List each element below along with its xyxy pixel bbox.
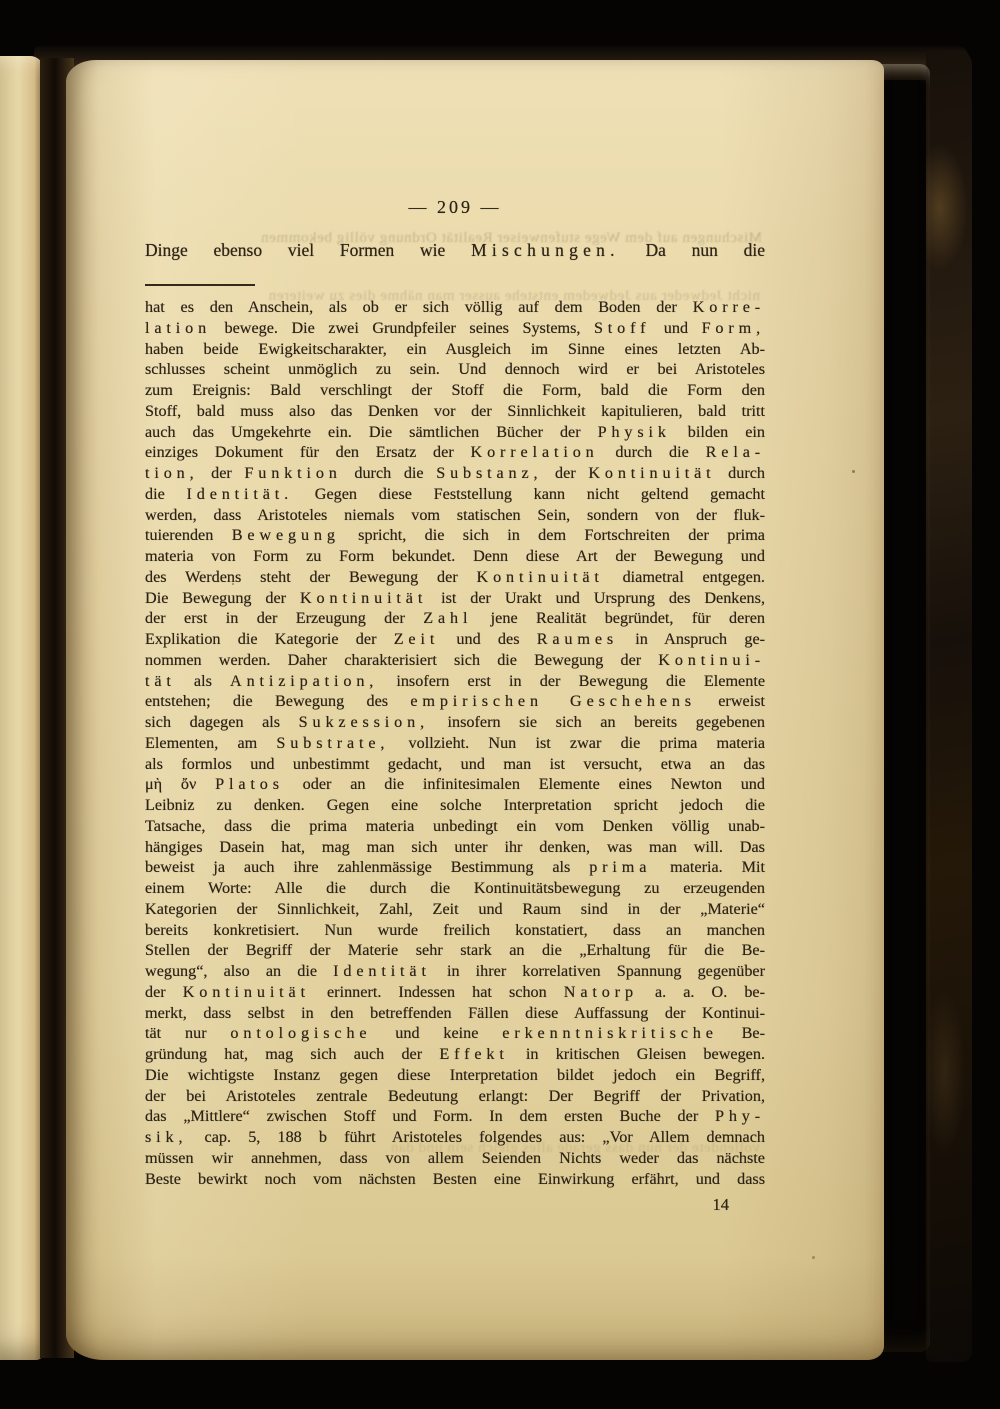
text-segment: Substrate, xyxy=(276,734,389,752)
footnote-line: bereits konkretisiert. Nun wurde freilic… xyxy=(145,920,765,941)
text-segment: Beste bewirkt noch vom nächsten Besten e… xyxy=(145,1170,765,1188)
footnote-line: materia von Form zu Form bekundet. Denn … xyxy=(145,546,765,567)
text-segment: tion, xyxy=(145,464,199,482)
text-segment: Form, xyxy=(702,319,765,337)
footnote-line: das „Mittlere“ zwischen Stoff und Form. … xyxy=(145,1106,765,1127)
text-segment: sik, xyxy=(145,1128,187,1146)
text-segment: der xyxy=(542,464,588,482)
footnote-line: wegung“, also an die Identität in ihrer … xyxy=(145,961,765,982)
text-segment: Kontinuität xyxy=(588,464,715,482)
text-segment: beweist ja auch ihre zahlenmässige Besti… xyxy=(145,858,589,876)
text-segment: μὴ ὄν xyxy=(145,775,215,793)
footnote-line: Kategorien der Sinnlichkeit, Zahl, Zeit … xyxy=(145,899,765,920)
text-segment: und xyxy=(650,319,701,337)
text-segment: werden, dass Aristoteles niemals vom sta… xyxy=(145,506,765,524)
text-segment: einziges Dokument für den Ersatz der xyxy=(145,443,471,461)
text-segment: Kontinuität xyxy=(300,589,427,607)
text-segment: hängiges Dasein hat, mag man sich unter … xyxy=(145,838,765,856)
text-segment: tät xyxy=(145,672,176,690)
footnote-line: Die Bewegung der Kontinuität ist der Ura… xyxy=(145,588,765,609)
text-segment: der erst in der Erzeugung der xyxy=(145,609,423,627)
text-segment: vollzieht. Nun ist zwar die prima materi… xyxy=(389,734,765,752)
text-segment: Raumes xyxy=(537,630,618,648)
footnote-line: die Identität. Gegen diese Feststellung … xyxy=(145,484,765,505)
text-segment: müssen wir annehmen, dass von allem Seie… xyxy=(145,1149,765,1167)
text-segment: die xyxy=(145,485,186,503)
footnote-line: Beste bewirkt noch vom nächsten Besten e… xyxy=(145,1169,765,1190)
text-segment: Be- xyxy=(718,1024,765,1042)
text-segment: spricht, die sich in dem Fortschreiten d… xyxy=(340,526,765,544)
footnote-rule xyxy=(145,284,255,286)
footnote-line: müssen wir annehmen, dass von allem Seie… xyxy=(145,1148,765,1169)
footnote-line: nommen werden. Daher charakterisiert sic… xyxy=(145,650,765,671)
footnote-line: des Werdens steht der Bewegung der Konti… xyxy=(145,567,765,588)
footnote-line: der Kontinuität erinnert. Indessen hat s… xyxy=(145,982,765,1003)
text-segment: Leibniz zu denken. Gegen eine solche Int… xyxy=(145,796,765,814)
footnote-line: als formlos und unbestimmt gedacht, und … xyxy=(145,754,765,775)
footnote-line: einem Worte: Alle die durch die Kontinui… xyxy=(145,878,765,899)
text-segment: cap. 5, 188 b führt Aristoteles folgende… xyxy=(187,1128,765,1146)
text-segment: materia. Mit xyxy=(651,858,765,876)
text-segment: Identität. xyxy=(186,485,293,503)
text-segment: Zeit xyxy=(394,630,440,648)
text-segment: insofern erst in der Bewegung die Elemen… xyxy=(378,672,765,690)
text-segment: Stoff xyxy=(594,319,650,337)
footnote-line: einziges Dokument für den Ersatz der Kor… xyxy=(145,442,765,463)
text-segment: Physik xyxy=(598,423,671,441)
text-segment: erkenntniskritische xyxy=(502,1024,718,1042)
footnote-line: entstehen; die Bewegung des empirischen … xyxy=(145,691,765,712)
footnote-line: Die wichtigste Instanz gegen diese Inter… xyxy=(145,1065,765,1086)
text-segment: sich dagegen als xyxy=(145,713,299,731)
footnote-line: hat es den Anschein, als ob er sich völl… xyxy=(145,297,765,318)
text-segment: der xyxy=(145,983,183,1001)
text-segment: als formlos und unbestimmt gedacht, und … xyxy=(145,755,765,773)
main-text-line: Dinge ebenso viel Formen wie Mischungen.… xyxy=(145,240,765,266)
text-segment: in Anspruch ge- xyxy=(618,630,765,648)
footnote-line: tion, der Funktion durch die Substanz, d… xyxy=(145,463,765,484)
text-segment: a. a. O. be- xyxy=(638,983,765,1001)
footnote-line: sik, cap. 5, 188 b führt Aristoteles fol… xyxy=(145,1127,765,1148)
text-segment: Bewegung xyxy=(232,526,340,544)
footnote-line: der erst in der Erzeugung der Zahl jene … xyxy=(145,608,765,629)
text-segment: nommen werden. Daher charakterisiert sic… xyxy=(145,651,658,669)
footnote-line: tät als Antizipation, insofern erst in d… xyxy=(145,671,765,692)
footnote-line: Stoff, bald muss also das Denken vor der… xyxy=(145,401,765,422)
text-segment: merkt, dass selbst in den betreffenden F… xyxy=(145,1004,765,1022)
page-text-layer: Mischungen auf dem Wege stufenweiser Rea… xyxy=(0,0,1000,1409)
text-segment: Rela- xyxy=(706,443,765,461)
book-photo: Mischungen auf dem Wege stufenweiser Rea… xyxy=(0,0,1000,1409)
text-segment: Kontinuität xyxy=(183,983,310,1001)
text-segment: durch die xyxy=(342,464,436,482)
footnote-line: tuierenden Bewegung spricht, die sich in… xyxy=(145,525,765,546)
text-segment: des Werdens steht der Bewegung der xyxy=(145,568,477,586)
text-segment: bewege. Die zwei Grundpfeiler seines Sys… xyxy=(211,319,594,337)
text-segment: Da nun die xyxy=(620,240,765,260)
footnote-line: hängiges Dasein hat, mag man sich unter … xyxy=(145,837,765,858)
footnote-line: werden, dass Aristoteles niemals vom sta… xyxy=(145,505,765,526)
text-segment: Funktion xyxy=(244,464,341,482)
text-segment: bereits konkretisiert. Nun wurde freilic… xyxy=(145,921,765,939)
text-segment: tuierenden xyxy=(145,526,232,544)
text-segment: Identität xyxy=(333,962,431,980)
text-segment: Antizipation, xyxy=(230,672,378,690)
text-segment: hat es den Anschein, als ob er sich völl… xyxy=(145,298,693,316)
text-segment: empirischen Geschehens xyxy=(410,692,696,710)
text-segment: Die wichtigste Instanz gegen diese Inter… xyxy=(145,1066,765,1084)
text-segment: zum Ereignis: Bald verschlingt der Stoff… xyxy=(145,381,765,399)
text-segment: und keine xyxy=(371,1024,502,1042)
footnote-line: μὴ ὄν Platos oder an die infinitesimalen… xyxy=(145,774,765,795)
text-segment: Explikation die Kategorie der xyxy=(145,630,394,648)
text-segment: Kontinuität xyxy=(477,568,604,586)
text-segment: lation xyxy=(145,319,211,337)
text-segment: haben beide Ewigkeitscharakter, ein Ausg… xyxy=(145,340,765,358)
text-segment: und des xyxy=(439,630,537,648)
text-segment: Substanz, xyxy=(436,464,542,482)
text-segment: der bei Aristoteles zentrale Bedeutung e… xyxy=(145,1087,765,1105)
text-segment: Zahl xyxy=(423,609,472,627)
text-segment: Tatsache, dass die prima materia unbedin… xyxy=(145,817,765,835)
running-head-page-number: — 209 — xyxy=(145,197,765,218)
footnote-line: Stellen der Begriff der Materie sehr sta… xyxy=(145,940,765,961)
footnote-line: lation bewege. Die zwei Grundpfeiler sei… xyxy=(145,318,765,339)
text-segment: Kontinui- xyxy=(658,651,765,669)
text-segment: als xyxy=(176,672,230,690)
footnote-line: Explikation die Kategorie der Zeit und d… xyxy=(145,629,765,650)
signature-number: 14 xyxy=(145,1195,765,1215)
text-segment: wegung“, also an die xyxy=(145,962,333,980)
text-segment: Dinge ebenso viel Formen wie xyxy=(145,240,471,260)
text-segment: ist der Urakt und Ursprung des Denkens, xyxy=(427,589,765,607)
text-segment: das „Mittlere“ zwischen Stoff und Form. … xyxy=(145,1107,715,1125)
footnote-line: tät nur ontologische und keine erkenntni… xyxy=(145,1023,765,1044)
text-segment: entstehen; die Bewegung des xyxy=(145,692,410,710)
text-segment: Stellen der Begriff der Materie sehr sta… xyxy=(145,941,765,959)
text-segment: erweist xyxy=(696,692,765,710)
text-segment: Sukzession, xyxy=(299,713,429,731)
footnote-line: gründung hat, mag sich auch der Effekt i… xyxy=(145,1044,765,1065)
text-segment: jene Realität begründet, für deren xyxy=(472,609,765,627)
text-segment: gründung hat, mag sich auch der xyxy=(145,1045,439,1063)
text-segment: diametral entgegen. xyxy=(604,568,765,586)
text-segment: Platos xyxy=(215,775,284,793)
text-segment: der xyxy=(199,464,245,482)
text-segment: erinnert. Indessen hat schon xyxy=(310,983,564,1001)
text-segment: tät nur xyxy=(145,1024,230,1042)
text-segment: einem Worte: Alle die durch die Kontinui… xyxy=(145,879,765,897)
footnote-line: schlusses scheint unmöglich zu sein. Und… xyxy=(145,359,765,380)
text-segment: bilden ein xyxy=(671,423,765,441)
text-segment: Elementen, am xyxy=(145,734,276,752)
text-segment: materia von Form zu Form bekundet. Denn … xyxy=(145,547,765,565)
footnote-line: auch das Umgekehrte ein. Die sämtlichen … xyxy=(145,422,765,443)
text-segment: Kategorien der Sinnlichkeit, Zahl, Zeit … xyxy=(145,900,765,918)
footnote-line: zum Ereignis: Bald verschlingt der Stoff… xyxy=(145,380,765,401)
text-segment: durch xyxy=(716,464,765,482)
footnote-line: merkt, dass selbst in den betreffenden F… xyxy=(145,1003,765,1024)
footnote-line: Elementen, am Substrate, vollzieht. Nun … xyxy=(145,733,765,754)
text-segment: ontologische xyxy=(230,1024,371,1042)
text-segment: Gegen diese Feststellung kann nicht gelt… xyxy=(293,485,765,503)
text-segment: Effekt xyxy=(439,1045,508,1063)
text-segment: Phy- xyxy=(715,1107,765,1125)
text-segment: durch die xyxy=(599,443,706,461)
text-segment: in ihrer korrelativen Spannung gegenüber xyxy=(431,962,765,980)
text-segment: in kritischen Gleisen bewegen. xyxy=(509,1045,765,1063)
footnote-line: Tatsache, dass die prima materia unbedin… xyxy=(145,816,765,837)
text-segment: Stoff, bald muss also das Denken vor der… xyxy=(145,402,765,420)
footnote-line: haben beide Ewigkeitscharakter, ein Ausg… xyxy=(145,339,765,360)
text-segment: schlusses scheint unmöglich zu sein. Und… xyxy=(145,360,765,378)
text-segment: Korre- xyxy=(693,298,765,316)
footnote-line: beweist ja auch ihre zahlenmässige Besti… xyxy=(145,857,765,878)
text-segment: prima xyxy=(589,858,651,876)
text-segment: insofern sie sich an bereits gegebenen xyxy=(429,713,765,731)
text-segment: Natorp xyxy=(564,983,638,1001)
text-segment: oder an die infinitesimalen Elemente ein… xyxy=(284,775,765,793)
text-segment: Mischungen. xyxy=(471,240,620,260)
text-segment: Die Bewegung der xyxy=(145,589,300,607)
footnote-line: Leibniz zu denken. Gegen eine solche Int… xyxy=(145,795,765,816)
text-segment: Korrelation xyxy=(471,443,599,461)
footnote-text-block: hat es den Anschein, als ob er sich völl… xyxy=(145,297,765,1189)
text-segment: auch das Umgekehrte ein. Die sämtlichen … xyxy=(145,423,598,441)
footnote-line: sich dagegen als Sukzession, insofern si… xyxy=(145,712,765,733)
footnote-line: der bei Aristoteles zentrale Bedeutung e… xyxy=(145,1086,765,1107)
